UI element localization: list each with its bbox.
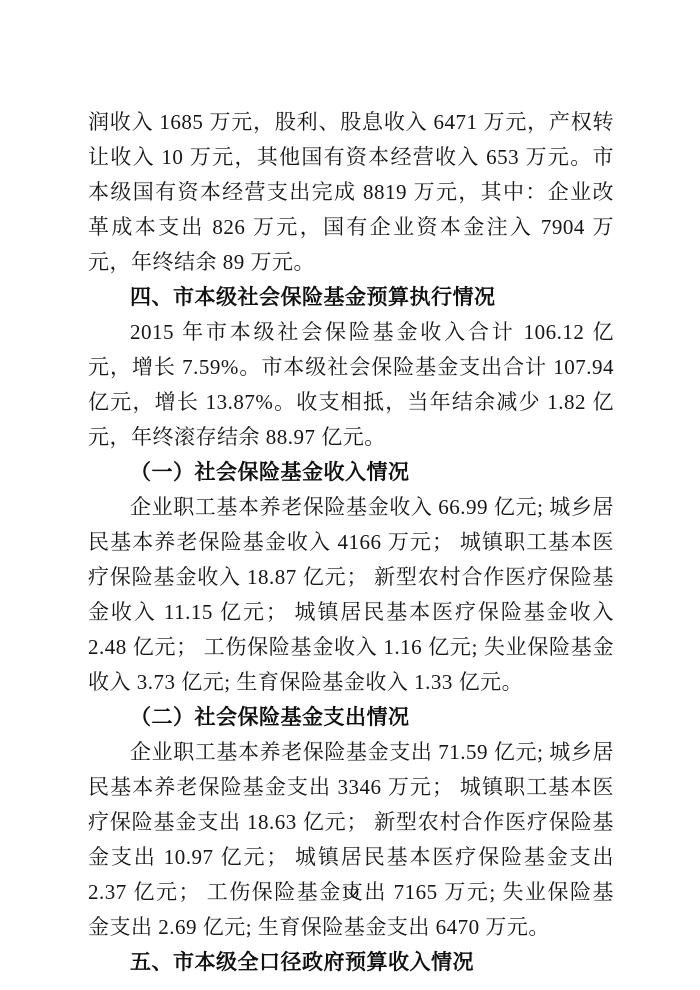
page-content: 润收入 1685 万元，股利、股息收入 6471 万元，产权转让收入 10 万元… — [88, 105, 614, 980]
paragraph-fund-income-detail: 企业职工基本养老保险基金收入 66.99 亿元; 城乡居民基本养老保险基金收入 … — [88, 490, 614, 700]
paragraph-social-insurance-summary: 2015 年市本级社会保险基金收入合计 106.12 亿元，增长 7.59%。市… — [88, 315, 614, 455]
heading-subsection-1-fund-income: （一）社会保险基金收入情况 — [88, 455, 614, 490]
paragraph-fund-expenditure-detail: 企业职工基本养老保险基金支出 71.59 亿元; 城乡居民基本养老保险基金支出 … — [88, 735, 614, 945]
paragraph-state-capital-budget: 润收入 1685 万元，股利、股息收入 6471 万元，产权转让收入 10 万元… — [88, 105, 614, 280]
heading-section-5-full-scope-government-budget-income: 五、市本级全口径政府预算收入情况 — [88, 945, 614, 980]
heading-section-4-social-insurance-budget-execution: 四、市本级社会保险基金预算执行情况 — [88, 280, 614, 315]
page-number: 10 — [0, 880, 700, 904]
document-page: 润收入 1685 万元，股利、股息收入 6471 万元，产权转让收入 10 万元… — [0, 0, 700, 990]
heading-subsection-2-fund-expenditure: （二）社会保险基金支出情况 — [88, 700, 614, 735]
